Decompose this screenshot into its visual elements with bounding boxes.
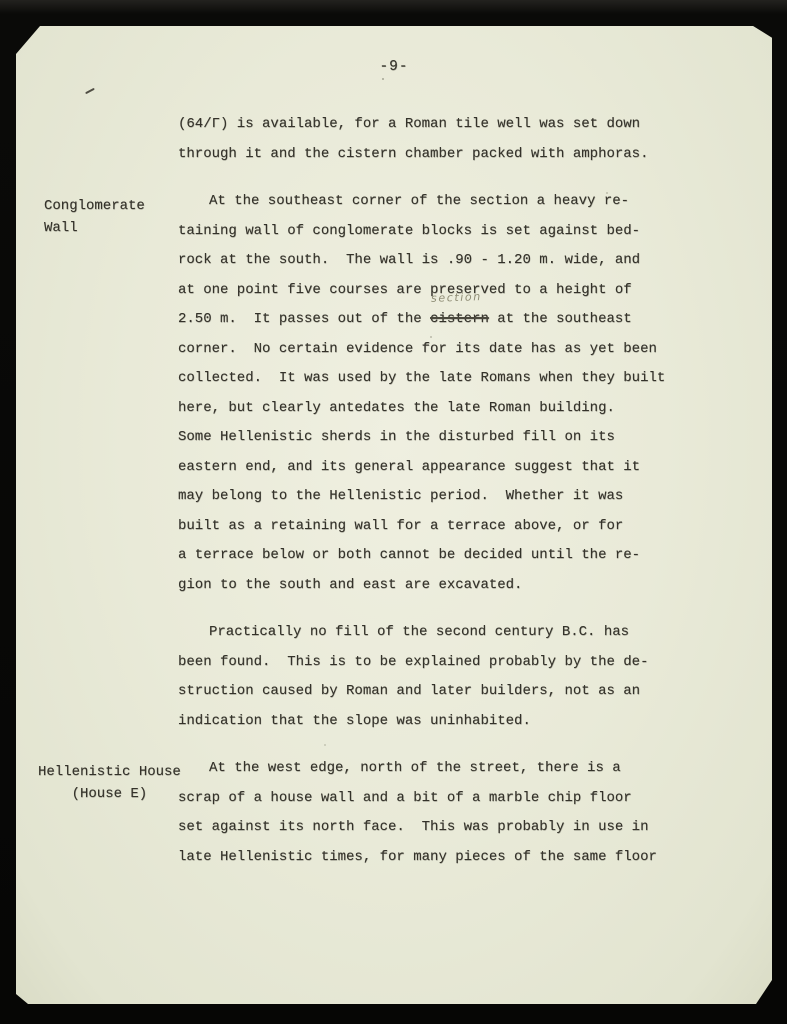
- text-line: built as a retaining wall for a terrace …: [178, 512, 698, 542]
- paragraph: At the west edge, north of the street, t…: [178, 754, 698, 872]
- corrected-word: sectioncistern: [430, 305, 489, 335]
- text-line: struction caused by Roman and later buil…: [178, 677, 698, 707]
- paragraph: Practically no fill of the second centur…: [178, 618, 698, 736]
- paragraph: At the southeast corner of the section a…: [178, 187, 698, 600]
- typewritten-body: (64/Γ) is available, for a Roman tile we…: [178, 110, 698, 872]
- text-line: corner. No certain evidence for its date…: [178, 335, 698, 365]
- text-line: (64/Γ) is available, for a Roman tile we…: [178, 110, 698, 140]
- page-number: -9-: [16, 57, 772, 77]
- paper: -9- ConglomerateWall Hellenistic House(H…: [16, 26, 772, 1004]
- paragraph: (64/Γ) is available, for a Roman tile we…: [178, 110, 698, 169]
- paper-speck: [382, 78, 384, 80]
- text-line: collected. It was used by the late Roman…: [178, 364, 698, 394]
- text-line: set against its north face. This was pro…: [178, 813, 698, 843]
- margin-label-line: Hellenistic House: [38, 762, 181, 784]
- margin-label-line: Wall: [44, 218, 145, 240]
- stray-ink-mark: [85, 88, 95, 95]
- text-line: scrap of a house wall and a bit of a mar…: [178, 784, 698, 814]
- margin-label-line: Conglomerate: [44, 196, 145, 218]
- struck-word: cistern: [430, 311, 489, 327]
- text-line: gion to the south and east are excavated…: [178, 571, 698, 601]
- text-line: through it and the cistern chamber packe…: [178, 140, 698, 170]
- text-line: Practically no fill of the second centur…: [178, 618, 698, 648]
- text-line: may belong to the Hellenistic period. Wh…: [178, 482, 698, 512]
- text-line: taining wall of conglomerate blocks is s…: [178, 217, 698, 247]
- text-line: At the west edge, north of the street, t…: [178, 754, 698, 784]
- text-line: been found. This is to be explained prob…: [178, 648, 698, 678]
- margin-label-conglomerate-wall: ConglomerateWall: [44, 196, 145, 239]
- margin-label-line: (House E): [38, 784, 181, 806]
- text-line: At the southeast corner of the section a…: [178, 187, 698, 217]
- scanned-document-photo: { "colors": { "background": "#0a0a08", "…: [0, 0, 787, 1024]
- text-line: indication that the slope was uninhabite…: [178, 707, 698, 737]
- text-line: rock at the south. The wall is .90 - 1.2…: [178, 246, 698, 276]
- margin-label-hellenistic-house: Hellenistic House(House E): [38, 762, 181, 805]
- text-line: here, but clearly antedates the late Rom…: [178, 394, 698, 424]
- text-line: a terrace below or both cannot be decide…: [178, 541, 698, 571]
- text-line: 2.50 m. It passes out of the sectioncist…: [178, 305, 698, 335]
- text-line: eastern end, and its general appearance …: [178, 453, 698, 483]
- text-line: Some Hellenistic sherds in the disturbed…: [178, 423, 698, 453]
- handwritten-annotation: section: [431, 291, 482, 304]
- text-line: late Hellenistic times, for many pieces …: [178, 843, 698, 873]
